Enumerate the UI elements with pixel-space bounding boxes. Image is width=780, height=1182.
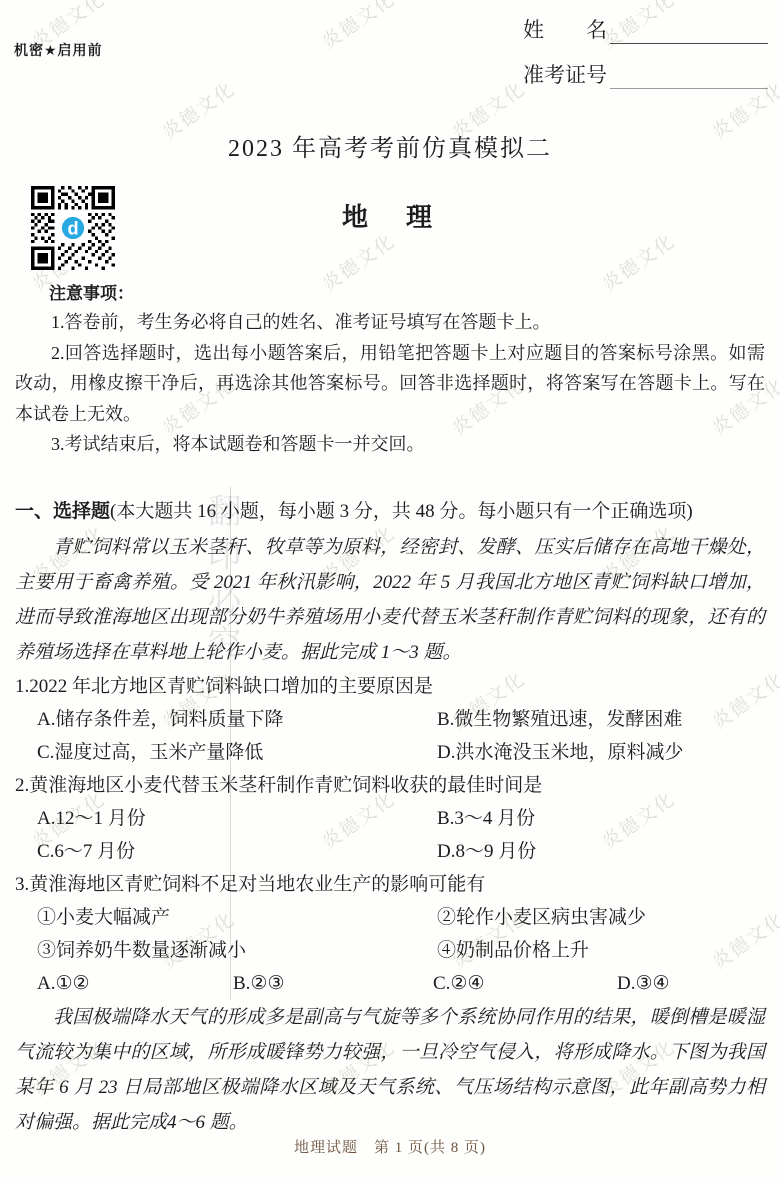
section-heading-paren: (本大题共 16 小题，每小题 3 分，共 48 分。每小题只有一个正确选项) bbox=[110, 501, 693, 522]
page-content: 机密★启用前 姓 名 准考证号 2023 年高考考前仿真模拟二 d 地 理 注意… bbox=[0, 0, 780, 1182]
question-1-stem: 1.2022 年北方地区青贮饲料缺口增加的主要原因是 bbox=[15, 670, 765, 703]
option-q2-c: C.6～7 月份 bbox=[37, 835, 437, 868]
exam-title: 2023 年高考考前仿真模拟二 bbox=[0, 128, 780, 163]
question-3-subitems-row-1: ①小麦大幅减产 ②轮作小麦区病虫害减少 bbox=[15, 901, 765, 934]
name-blank-underline bbox=[610, 16, 768, 44]
option-q3-b: B.②③ bbox=[233, 967, 433, 1000]
question-1-options-row-1: A.储存条件差，饲料质量下降 B.微生物繁殖迅速，发酵困难 bbox=[15, 703, 765, 736]
subject-title: 地 理 bbox=[0, 197, 780, 234]
option-q1-d: D.洪水淹没玉米地，原料减少 bbox=[437, 736, 765, 769]
option-q3-d: D.③④ bbox=[617, 967, 765, 1000]
classification-label: 机密★启用前 bbox=[14, 40, 103, 60]
question-1-options-row-2: C.湿度过高，玉米产量降低 D.洪水淹没玉米地，原料减少 bbox=[15, 736, 765, 769]
section-heading: 一、选择题(本大题共 16 小题，每小题 3 分，共 48 分。每小题只有一个正… bbox=[15, 496, 765, 528]
passage-1: 青贮饲料常以玉米茎秆、牧草等为原料，经密封、发酵、压实后储存在高地干燥处，主要用… bbox=[15, 530, 765, 670]
option-q2-d: D.8～9 月份 bbox=[437, 835, 765, 868]
name-field-row: 姓 名 bbox=[523, 14, 768, 44]
name-label: 姓 名 bbox=[523, 14, 607, 44]
option-q1-b: B.微生物繁殖迅速，发酵困难 bbox=[437, 703, 765, 736]
question-2-options-row-2: C.6～7 月份 D.8～9 月份 bbox=[15, 835, 765, 868]
question-3-stem: 3.黄淮海地区青贮饲料不足对当地农业生产的影响可能有 bbox=[15, 868, 765, 901]
question-2-options-row-1: A.12～1 月份 B.3～4 月份 bbox=[15, 802, 765, 835]
option-q1-a: A.储存条件差，饲料质量下降 bbox=[37, 703, 437, 736]
admission-field-row: 准考证号 bbox=[523, 59, 768, 89]
passage-2: 我国极端降水天气的形成多是副高与气旋等多个系统协同作用的结果，暖倒槽是暖湿气流较… bbox=[15, 1000, 765, 1140]
question-section: 一、选择题(本大题共 16 小题，每小题 3 分，共 48 分。每小题只有一个正… bbox=[15, 496, 765, 1140]
admission-blank-underline bbox=[610, 61, 768, 89]
notice-heading: 注意事项： bbox=[15, 281, 765, 307]
notice-block: 注意事项： 1.答卷前，考生务必将自己的姓名、准考证号填写在答题卡上。 2.回答… bbox=[15, 281, 765, 460]
notice-item-2: 2.回答选择题时，选出每小题答案后，用铅笔把答题卡上对应题目的答案标号涂黑。如需… bbox=[15, 338, 765, 430]
question-2-stem: 2.黄淮海地区小麦代替玉米茎秆制作青贮饲料收获的最佳时间是 bbox=[15, 769, 765, 802]
option-q3-a: A.①② bbox=[37, 967, 233, 1000]
subitem-q3-3: ③饲养奶牛数量逐渐减小 bbox=[37, 934, 437, 967]
notice-item-3: 3.考试结束后，将本试题卷和答题卡一并交回。 bbox=[15, 429, 765, 460]
subitem-q3-2: ②轮作小麦区病虫害减少 bbox=[437, 901, 765, 934]
option-q3-c: C.②④ bbox=[433, 967, 617, 1000]
page-footer: 地理试题 第 1 页(共 8 页) bbox=[0, 1136, 780, 1157]
option-q2-b: B.3～4 月份 bbox=[437, 802, 765, 835]
question-3-subitems-row-2: ③饲养奶牛数量逐渐减小 ④奶制品价格上升 bbox=[15, 934, 765, 967]
subitem-q3-1: ①小麦大幅减产 bbox=[37, 901, 437, 934]
admission-number-label: 准考证号 bbox=[523, 59, 607, 89]
option-q1-c: C.湿度过高，玉米产量降低 bbox=[37, 736, 437, 769]
notice-item-1: 1.答卷前，考生务必将自己的姓名、准考证号填写在答题卡上。 bbox=[15, 307, 765, 338]
question-3-answer-row: A.①② B.②③ C.②④ D.③④ bbox=[15, 967, 765, 1000]
subitem-q3-4: ④奶制品价格上升 bbox=[437, 934, 765, 967]
option-q2-a: A.12～1 月份 bbox=[37, 802, 437, 835]
exam-paper-page: { "header": { "classification": "机密★启用前"… bbox=[0, 0, 780, 1182]
section-heading-bold: 一、选择题 bbox=[15, 501, 110, 522]
